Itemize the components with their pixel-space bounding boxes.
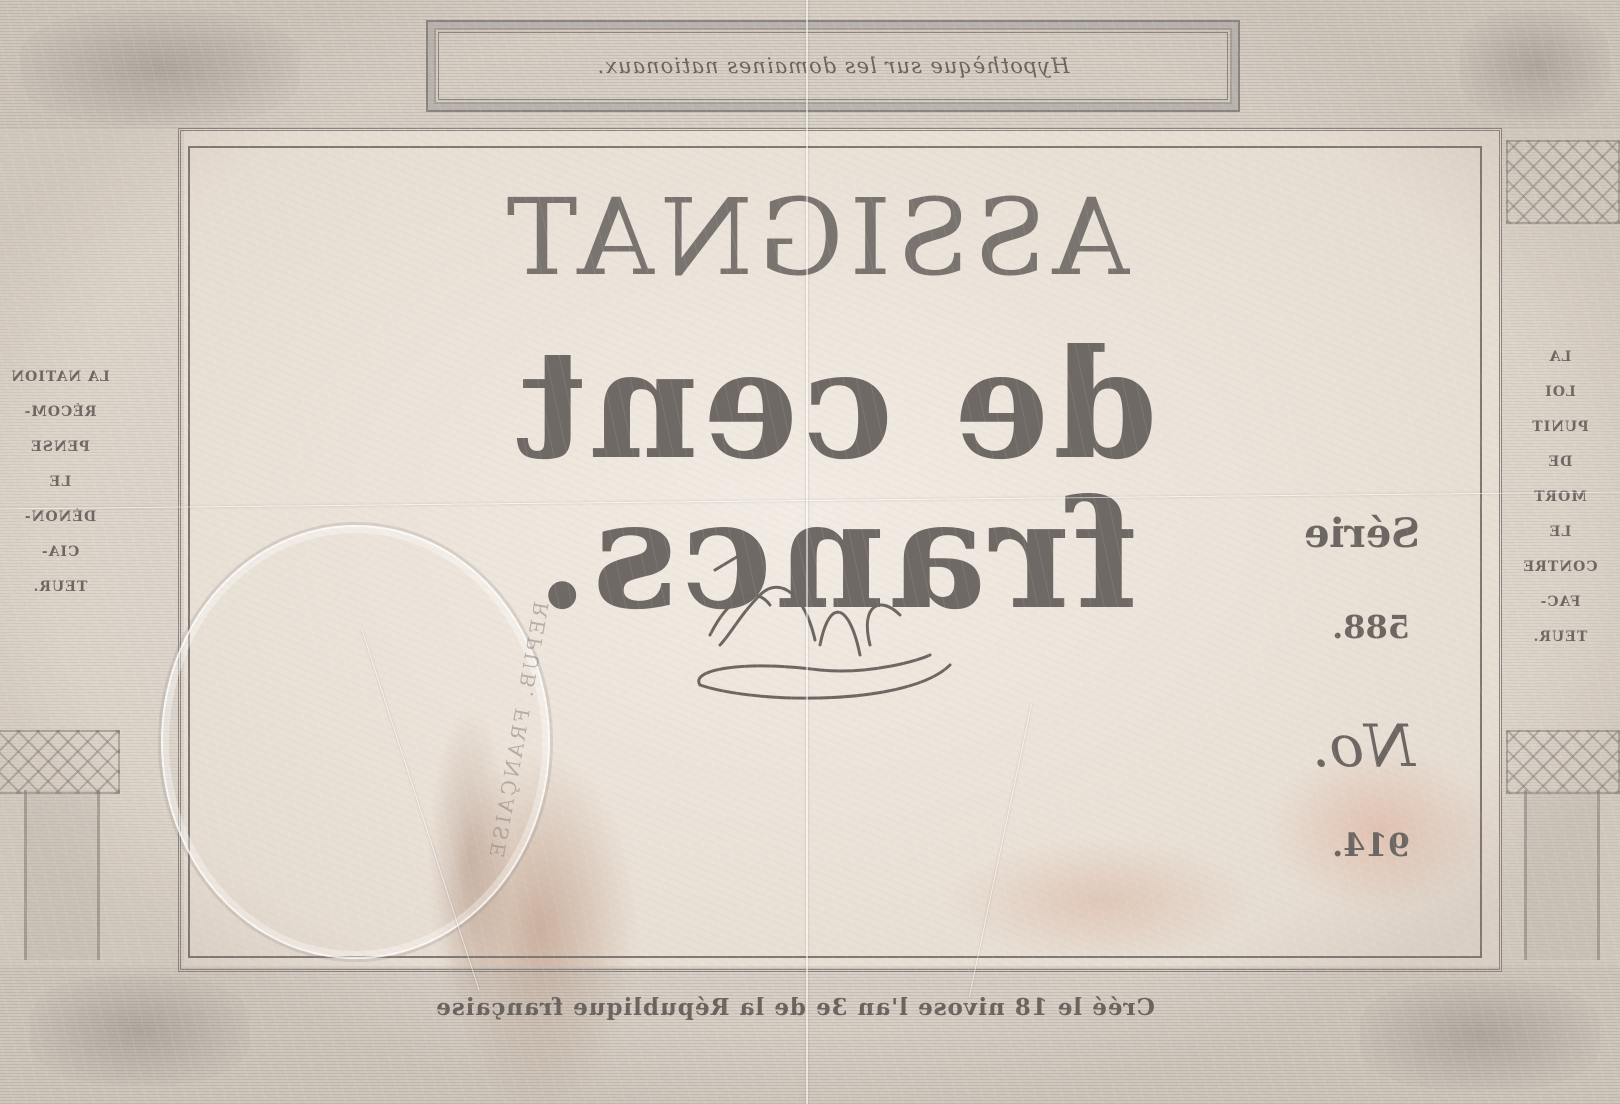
- side-left-line: FAC-: [1510, 585, 1610, 620]
- lattice-panel-left-upper: [1506, 140, 1620, 224]
- pillar-right: [24, 790, 100, 960]
- side-right-line: TEUR.: [10, 570, 110, 605]
- mirrored-print-layer: Hypothèque sur les domaines nationaux. A…: [0, 0, 1620, 1104]
- side-text-left: LA LOI PUNIT DE MORT LE CONTRE FAC- TEUR…: [1510, 340, 1610, 655]
- assignat-banknote: Hypothèque sur les domaines nationaux. A…: [0, 0, 1620, 1104]
- signature-icon: [670, 535, 990, 715]
- side-left-line: LOI: [1510, 375, 1610, 410]
- series-label: Série: [1304, 510, 1420, 557]
- side-left-line: DE: [1510, 445, 1610, 480]
- side-right-line: LE: [10, 465, 110, 500]
- note-title: ASSIGNAT: [480, 185, 1150, 291]
- fold-vertical: [806, 0, 808, 1104]
- side-right-line: LA NATION: [10, 360, 110, 395]
- side-right-line: DÉNON-: [10, 500, 110, 535]
- side-right-line: CIA-: [10, 535, 110, 570]
- header-box: Hypothèque sur les domaines nationaux.: [426, 20, 1240, 112]
- side-right-line: PENSE: [10, 430, 110, 465]
- corner-vignette-bottom-left: [1360, 980, 1600, 1090]
- corner-vignette-bottom-right: [30, 975, 250, 1085]
- side-left-line: LE: [1510, 515, 1610, 550]
- embossed-seal: [161, 525, 550, 959]
- side-left-line: MORT: [1510, 480, 1610, 515]
- header-line: Hypothèque sur les domaines nationaux.: [428, 54, 1238, 78]
- pillar-left: [1524, 790, 1600, 960]
- number-value: 914.: [1332, 826, 1410, 864]
- side-right-line: RÉCOM-: [10, 395, 110, 430]
- footer-line: Créé le 18 nivose l'an 3e de la Républiq…: [270, 994, 1320, 1021]
- side-left-line: TEUR.: [1510, 620, 1610, 655]
- side-left-line: CONTRE: [1510, 550, 1610, 585]
- side-left-line: LA: [1510, 340, 1610, 375]
- lattice-panel-right-mid: [1506, 730, 1620, 794]
- series-number: 588.: [1332, 608, 1410, 646]
- corner-vignette-top-left: [1460, 10, 1610, 120]
- side-left-line: PUNIT: [1510, 410, 1610, 445]
- number-label: No.: [1312, 712, 1415, 780]
- corner-vignette-top-right: [20, 10, 300, 125]
- lattice-panel-left-mid: [0, 730, 120, 794]
- side-text-right: LA NATION RÉCOM- PENSE LE DÉNON- CIA- TE…: [10, 360, 110, 605]
